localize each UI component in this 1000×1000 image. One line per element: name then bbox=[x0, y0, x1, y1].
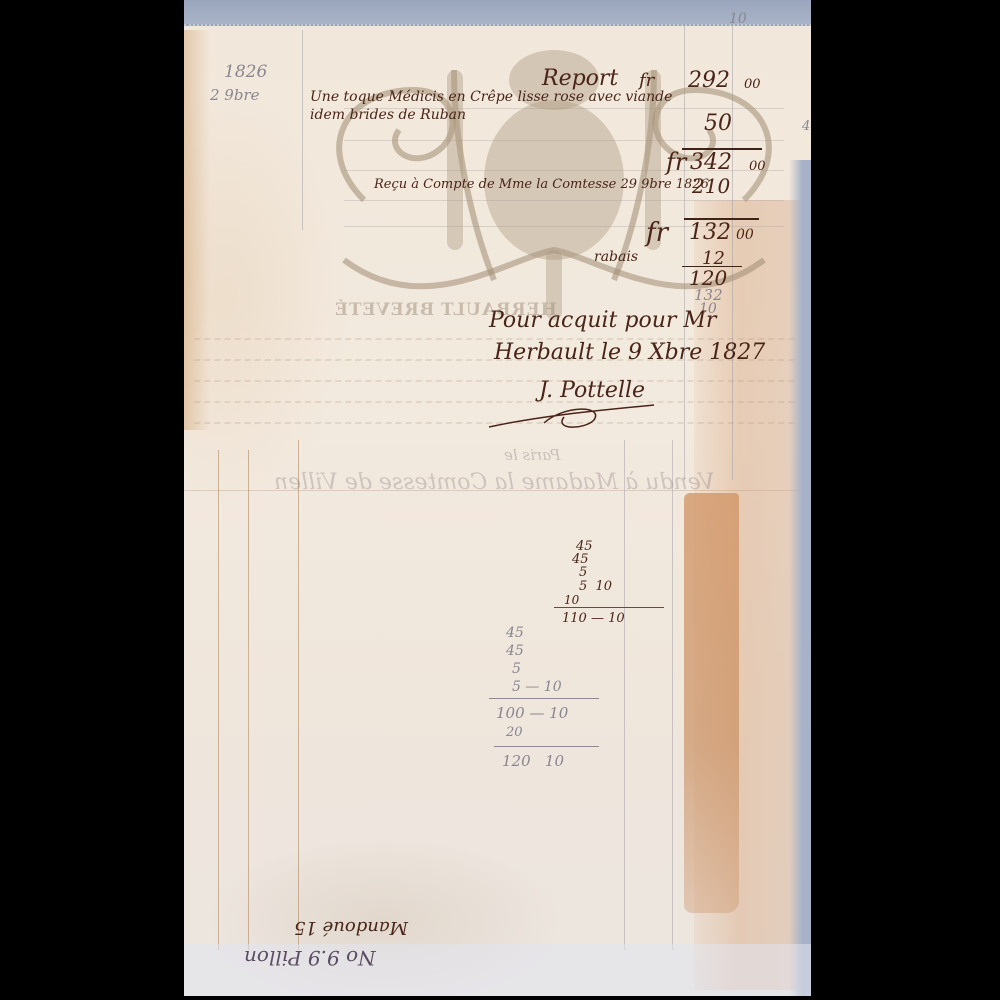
ink-calc-rule bbox=[554, 607, 664, 608]
receipt-line-1: Pour acquit pour Mr bbox=[489, 310, 716, 332]
amount-balance-cents: 00 bbox=[736, 228, 754, 242]
ink-calc-line: 5 10 bbox=[579, 580, 612, 593]
pencil-calc-line: 45 bbox=[506, 626, 524, 640]
amount-item: 50 bbox=[704, 113, 732, 135]
column-rule-5 bbox=[672, 440, 673, 950]
amount-subtotal: 342 bbox=[690, 152, 732, 174]
ink-calc-line: 10 bbox=[564, 594, 579, 606]
tissue-strip-top bbox=[184, 0, 811, 26]
discount-label: rabais bbox=[594, 250, 638, 264]
corner-number: 10 bbox=[729, 12, 747, 26]
report-label: Report bbox=[542, 68, 618, 90]
upside-down-name: Mandoué 15 bbox=[294, 918, 408, 936]
pencil-calc-add: 20 bbox=[506, 726, 523, 739]
signature-flourish-icon bbox=[484, 395, 684, 435]
bleed-through-paris: Paris le bbox=[504, 448, 560, 463]
column-rule-3 bbox=[298, 440, 299, 950]
side-note-amount: 46. bbox=[802, 120, 811, 133]
amount-subtotal-cents: 00 bbox=[749, 160, 766, 173]
invoice-document: BREVETÉ HERBAULT Paris le Vendu à Madame… bbox=[184, 0, 811, 996]
amount-balance: 132 bbox=[689, 222, 731, 244]
margin-month: 2 9bre bbox=[210, 88, 260, 103]
tissue-strip-right bbox=[789, 160, 811, 996]
pencil-calc-line: 5 bbox=[512, 662, 521, 676]
receipt-line-2: Herbault le 9 Xbre 1827 bbox=[494, 342, 765, 364]
pencil-calc-subtotal: 100 — 10 bbox=[496, 706, 568, 721]
amount-paid-on-account: 210 bbox=[692, 176, 730, 196]
upside-down-reference: No 9.9 Pillon bbox=[244, 948, 376, 968]
balance-prefix: fr bbox=[646, 220, 668, 246]
currency-prefix: fr bbox=[639, 72, 654, 90]
margin-rule bbox=[302, 30, 303, 230]
ink-calc-total: 110 — 10 bbox=[562, 612, 625, 625]
line-item-description-1: Une toque Médicis en Crêpe lisse rose av… bbox=[310, 90, 672, 104]
line-item-description-2: idem brides de Ruban bbox=[310, 108, 466, 122]
amount-report-cents: 00 bbox=[744, 78, 761, 91]
column-rule-2 bbox=[248, 450, 249, 950]
bleed-through-vendu: Vendu à Madame la Comtesse de Villen bbox=[274, 472, 715, 494]
column-rule-4 bbox=[624, 440, 625, 950]
amount-net: 120 bbox=[689, 268, 727, 288]
mirrored-printed-brevete: BREVETÉ bbox=[334, 300, 434, 320]
amount-report: 292 bbox=[688, 70, 730, 92]
column-rule-1 bbox=[218, 450, 219, 950]
pencil-calc-line: 5 — 10 bbox=[512, 680, 562, 694]
pencil-calc-rule bbox=[489, 698, 599, 699]
subtotal-prefix: fr bbox=[666, 150, 686, 174]
pencil-calc-rule-2 bbox=[494, 746, 599, 747]
paid-on-account-text: Reçu à Compte de Mme la Comtesse 29 9bre… bbox=[374, 178, 709, 191]
ink-calc-line: 5 bbox=[579, 566, 587, 579]
water-stain bbox=[684, 493, 739, 913]
pencil-calc-line: 45 bbox=[506, 644, 524, 658]
margin-year: 1826 bbox=[224, 64, 267, 81]
pencil-calc-total: 120 10 bbox=[502, 754, 564, 769]
